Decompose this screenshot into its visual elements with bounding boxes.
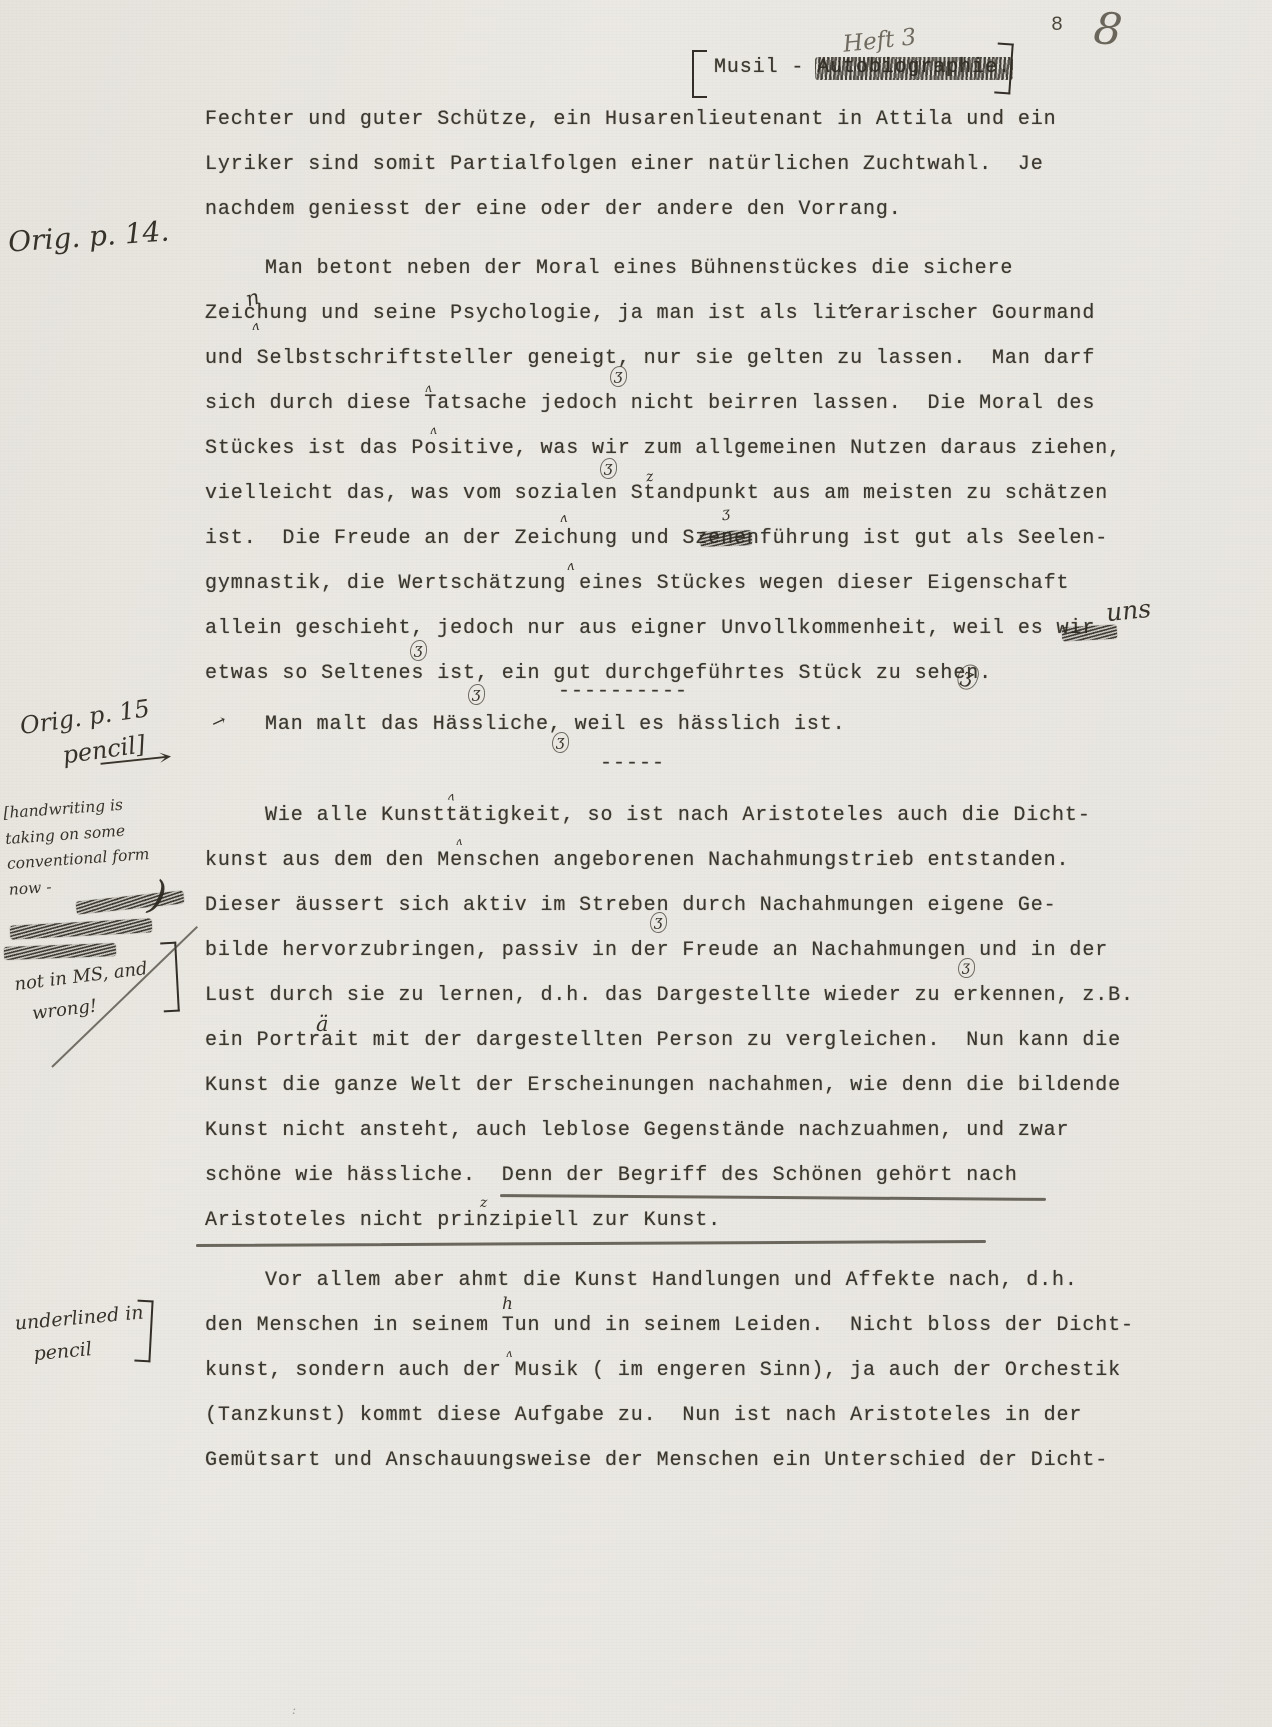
typed-line: Kunst die ganze Welt der Erscheinungen n… [205,1063,1165,1108]
handwritten-mark: ʌ [425,382,432,394]
typed-line: Dieser äussert sich aktiv im Streben dur… [205,883,1165,928]
typed-line: gymnastik, die Wertschätzung eines Stück… [205,561,1165,606]
margin-bracket-underlined [134,1300,153,1363]
typed-line: Stückes ist das Positive, was wir zum al… [205,426,1165,471]
typed-line: Vor allem aber ahmt die Kunst Handlungen… [205,1258,1165,1303]
typed-line: Gemütsart und Anschauungsweise der Mensc… [205,1438,1165,1483]
paragraph: Vor allem aber ahmt die Kunst Handlungen… [205,1258,1165,1483]
scribble-strike-wir [1062,625,1118,642]
handwritten-mark: ʒ [958,958,975,978]
scribble-margin-2 [10,918,153,939]
margin-note-line: Orig. p. 14. [7,214,170,258]
typed-line: und Selbstschriftsteller geneigt, nur si… [205,336,1165,381]
typed-line: (Tanzkunst) kommt diese Aufgabe zu. Nun … [205,1393,1165,1438]
paragraph: Man malt das Hässliche, weil es hässlich… [205,702,1165,747]
header-title: Musil - Autobiographie. [714,56,1011,79]
typed-line: Wie alle Kunsttätigkeit, so ist nach Ari… [205,793,1165,838]
handwritten-mark: : [292,1704,296,1716]
typed-line: Aristoteles nicht prinzipiell zur Kunst. [205,1198,1165,1243]
typed-line: Fechter und guter Schütze, ein Husarenli… [205,97,1165,142]
handwritten-mark: ʒ [721,506,730,521]
handwritten-mark: ʌ [506,1348,512,1359]
typed-line: Man malt das Hässliche, weil es hässlich… [205,702,1165,747]
typed-separator-long: ---------- [558,680,688,703]
header-open-bracket [692,50,707,98]
typed-page-number: 8 [1051,14,1063,37]
typed-line: Kunst nicht ansteht, auch leblose Gegens… [205,1108,1165,1153]
margin-note-handwriting-comment: [handwriting istaking on someconventiona… [3,791,153,903]
separator-spacer [205,747,1165,793]
typed-line: ist. Die Freude an der Zeichung und Szen… [205,516,1165,561]
paragraph: Fechter und guter Schütze, ein Husarenli… [205,97,1165,232]
typed-line: vielleicht das, was vom sozialen Standpu… [205,471,1165,516]
margin-note-not-in-ms: not in MS, andwrong! [13,954,153,1031]
handwritten-page-number: 8 [1091,3,1124,57]
handwritten-mark: z [480,1196,487,1210]
typed-line: allein geschieht, jedoch nur aus eigner … [205,606,1165,651]
typed-line: sich durch diese Tatsache jedoch nicht b… [205,381,1165,426]
typed-line: Man betont neben der Moral eines Bühnens… [205,246,1165,291]
handwritten-mark: ⟶ [96,744,174,776]
typed-line: Lust durch sie zu lernen, d.h. das Darge… [205,973,1165,1018]
header-title-text: Musil - [714,56,817,79]
scribble-strike-szenen [700,530,752,547]
typed-line: ein Portrait mit der dargestellten Perso… [205,1018,1165,1063]
typed-line: Lyriker sind somit Partialfolgen einer n… [205,142,1165,187]
document-scan-page: 8 8 Heft 3 Musil - Autobiographie. Fecht… [0,0,1272,1727]
header-pencil-annotation: Heft 3 [842,26,917,57]
handwritten-mark: ʌ [252,320,259,333]
typed-line: kunst, sondern auch der Musik ( im enger… [205,1348,1165,1393]
typed-line: schöne wie hässliche. Denn der Begriff d… [205,1153,1165,1198]
handwritten-mark: ʌ [430,424,437,436]
paragraph: Man betont neben der Moral eines Bühnens… [205,246,1165,696]
typed-line: bilde hervorzubringen, passiv in der Fre… [205,928,1165,973]
typed-line: Zeichung und seine Psychologie, ja man i… [205,291,1165,336]
margin-note-underlined-in-pencil: underlined inpencil [13,1296,147,1372]
scribble-margin-3 [4,943,116,960]
handwritten-mark: ʌ [456,836,462,847]
handwritten-mark: ʌ [567,560,574,573]
handwritten-mark: h [502,1296,513,1313]
paragraph: Wie alle Kunsttätigkeit, so ist nach Ari… [205,793,1165,1243]
typed-separator-short: ----- [600,752,665,775]
handwritten-mark: uns [1105,596,1152,626]
handwritten-mark: ʌ [560,512,567,525]
handwritten-mark: ä [316,1014,329,1035]
typed-line: kunst aus dem den Menschen angeborenen N… [205,838,1165,883]
typed-body: Fechter und guter Schütze, ein Husarenli… [205,97,1165,1483]
typed-line: nachdem geniesst der eine oder der ander… [205,187,1165,232]
typed-line: den Menschen in seinem Tun und in seinem… [205,1303,1165,1348]
header-struck-word: Autobiographie. [817,56,1011,79]
margin-note-orig-p14: Orig. p. 14. [7,214,170,258]
